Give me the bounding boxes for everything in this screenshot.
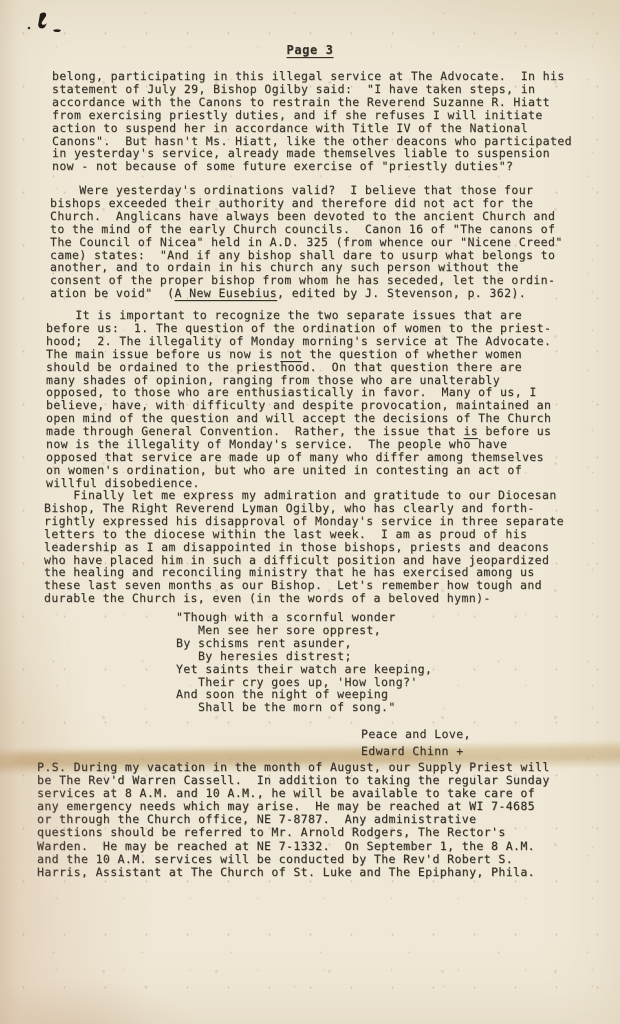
valediction: Peace and Love, <box>361 727 471 741</box>
paragraph2-text: Were yesterday's ordinations valid? I be… <box>50 183 563 300</box>
handwritten-ink-mark <box>26 10 78 38</box>
postscript-paragraph: P.S. During my vacation in the month of … <box>37 761 550 879</box>
emphasis-is: is <box>463 424 478 438</box>
page-title: Page 3 <box>0 44 620 57</box>
hymn-quotation: "Though with a scornful wonder Men see h… <box>176 611 432 714</box>
signature: Edward Chinn + <box>361 744 464 758</box>
book-title-citation: A New Eusebius <box>175 286 278 300</box>
paragraph-gratitude-bishop: Finally let me express my admiration and… <box>44 489 564 605</box>
paragraph-two-issues: It is important to recognize the two sep… <box>46 309 551 490</box>
letter-closing: Peace and Love, Edward Chinn + <box>361 726 471 759</box>
paragraph-ordinations-validity: Were yesterday's ordinations valid? I be… <box>50 184 563 300</box>
paragraph2-text-end: , edited by J. Stevenson, p. 362). <box>277 286 526 300</box>
paragraph-opening: belong, participating in this illegal se… <box>52 70 572 173</box>
emphasis-not: not <box>280 347 302 361</box>
scanned-letter-page: Page 3 belong, participating in this ill… <box>0 0 620 1024</box>
